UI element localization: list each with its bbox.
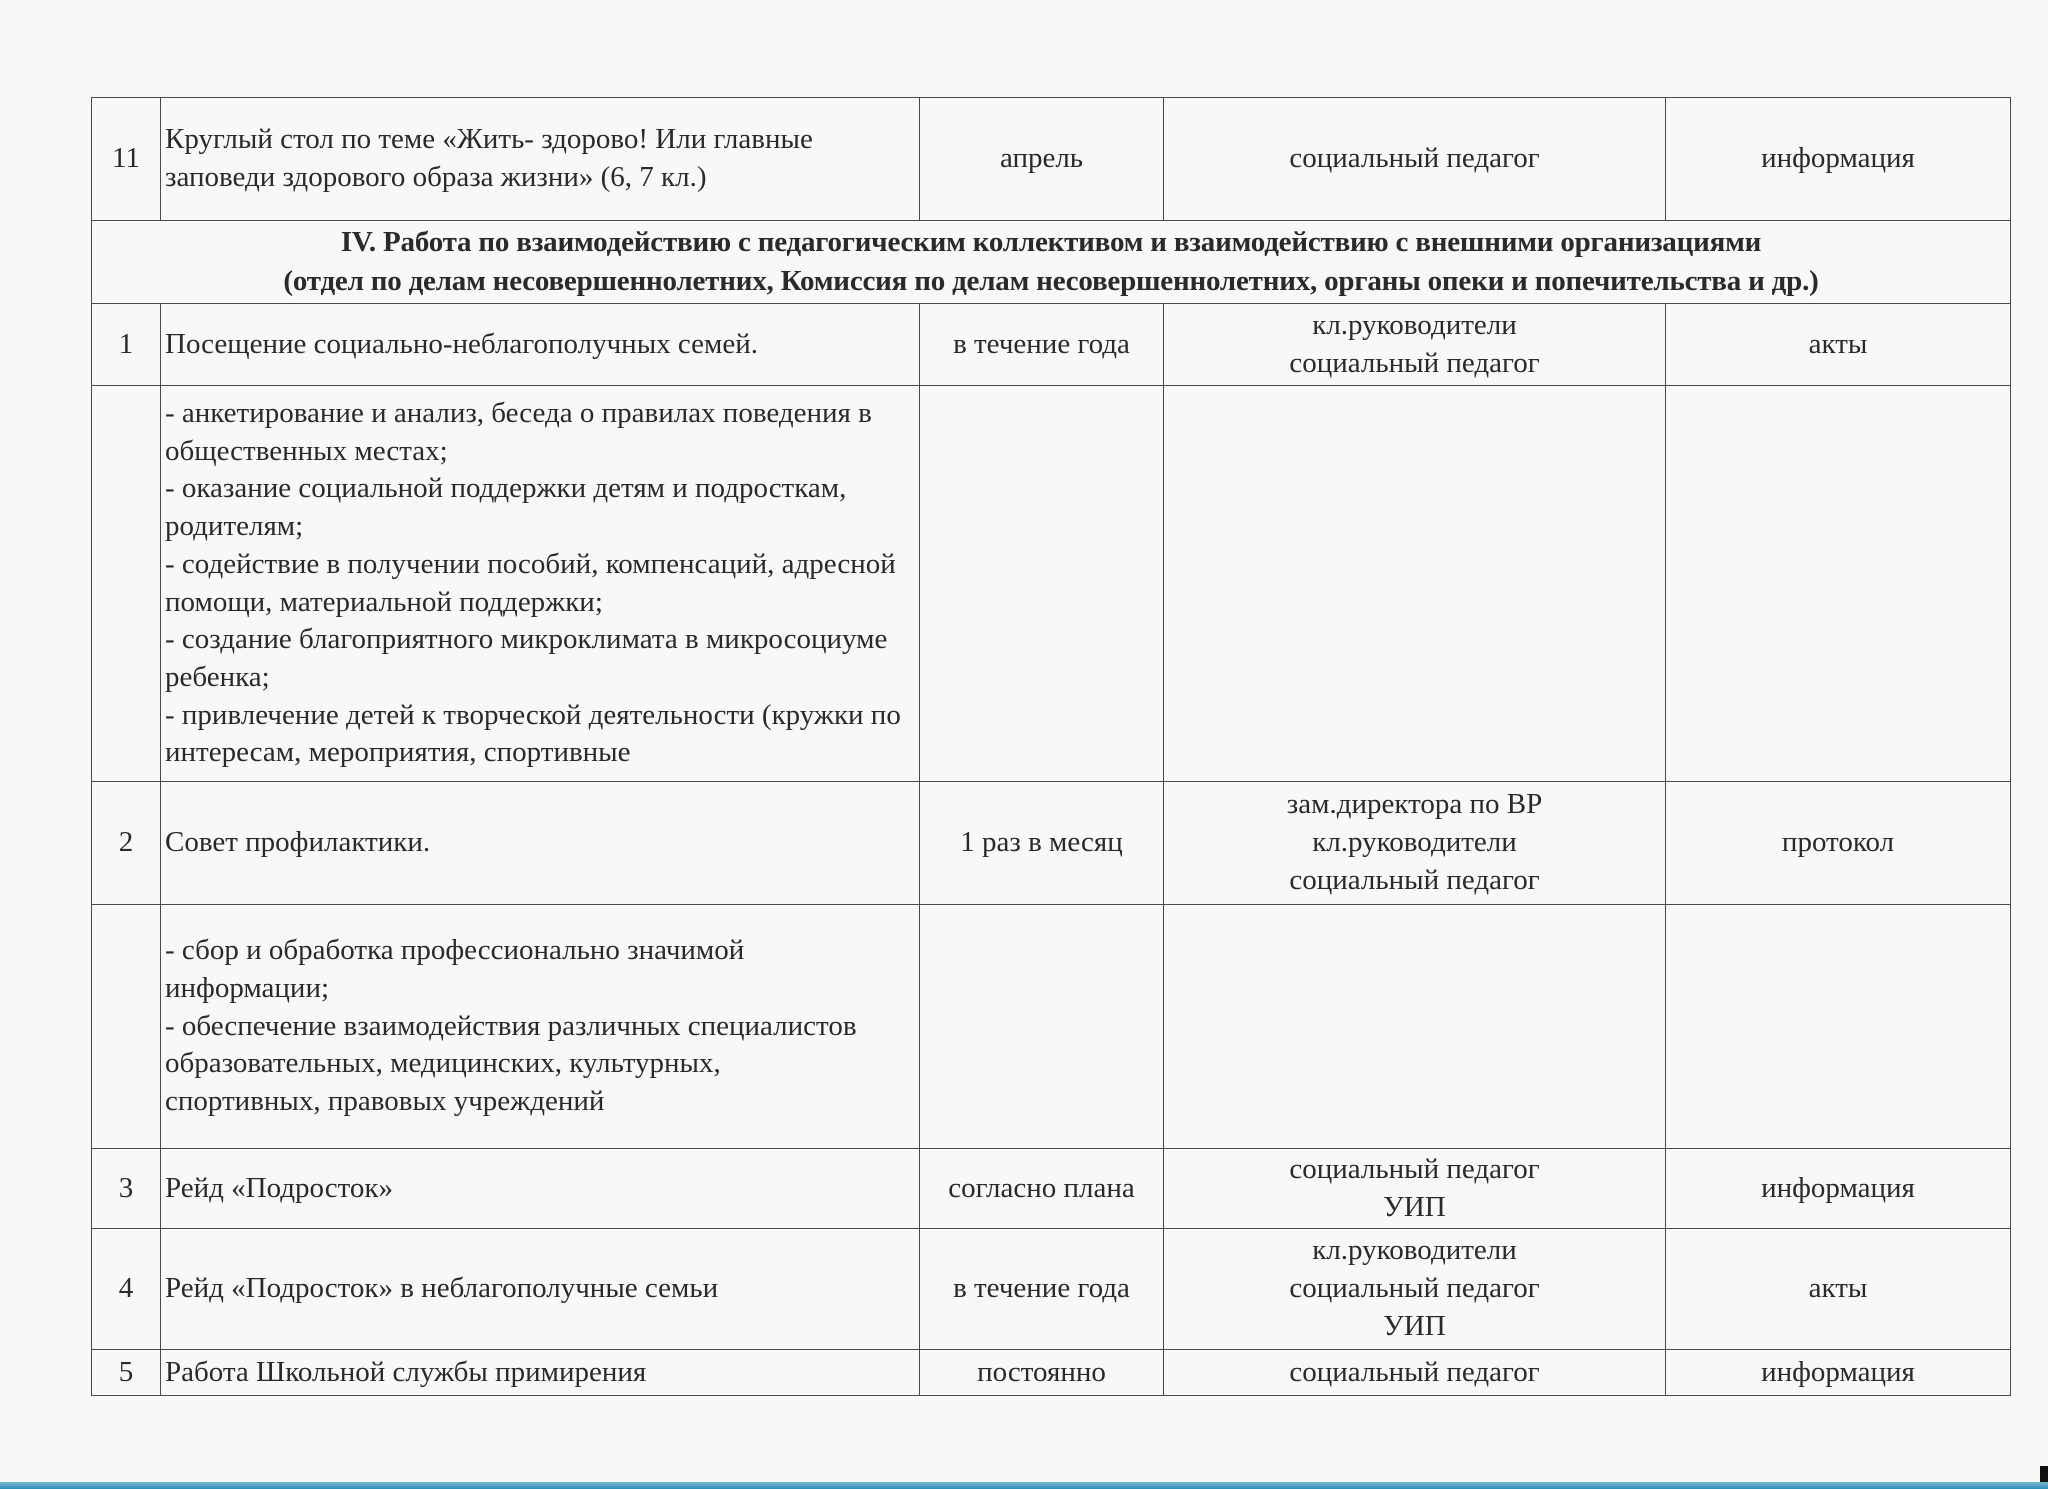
scanned-page: 11 Круглый стол по теме «Жить- здорово! … <box>0 0 2048 1489</box>
empty-cell <box>1164 386 1666 782</box>
scanner-edge-strip <box>0 1482 2048 1489</box>
empty-cell <box>92 905 161 1149</box>
result-cell: протокол <box>1666 782 2011 905</box>
result-cell: акты <box>1666 304 2011 386</box>
table-row: 3 Рейд «Подросток» согласно плана социал… <box>92 1149 2011 1229</box>
date-cell: в течение года <box>920 304 1164 386</box>
responsible-cell: зам.директора по ВР кл.руководители соци… <box>1164 782 1666 905</box>
details-cell: - анкетирование и анализ, беседа о прави… <box>161 386 920 782</box>
scan-edge-mark <box>2040 1466 2048 1483</box>
row-number: 1 <box>92 304 161 386</box>
date-cell: 1 раз в месяц <box>920 782 1164 905</box>
date-cell: в течение года <box>920 1229 1164 1350</box>
details-row: - сбор и обработка профессионально значи… <box>92 905 2011 1149</box>
section-header-row: IV. Работа по взаимодействию с педагогич… <box>92 221 2011 304</box>
section-title: IV. Работа по взаимодействию с педагогич… <box>92 221 2011 304</box>
result-cell: информация <box>1666 1350 2011 1396</box>
event-cell: Совет профилактики. <box>161 782 920 905</box>
event-cell: Работа Школьной службы примирения <box>161 1350 920 1396</box>
empty-cell <box>1666 905 2011 1149</box>
table-row: 1 Посещение социально-неблагополучных се… <box>92 304 2011 386</box>
responsible-cell: кл.руководители социальный педагог УИП <box>1164 1229 1666 1350</box>
table-row: 2 Совет профилактики. 1 раз в месяц зам.… <box>92 782 2011 905</box>
section-title-line-2: (отдел по делам несовершеннолетних, Коми… <box>96 262 2006 301</box>
result-cell: акты <box>1666 1229 2011 1350</box>
event-cell: Рейд «Подросток» <box>161 1149 920 1229</box>
event-cell: Посещение социально-неблагополучных семе… <box>161 304 920 386</box>
responsible-cell: социальный педагог <box>1164 98 1666 221</box>
date-cell: постоянно <box>920 1350 1164 1396</box>
plan-table: 11 Круглый стол по теме «Жить- здорово! … <box>91 97 2011 1396</box>
responsible-cell: социальный педагог УИП <box>1164 1149 1666 1229</box>
empty-cell <box>920 386 1164 782</box>
date-cell: апрель <box>920 98 1164 221</box>
table-row: 4 Рейд «Подросток» в неблагополучные сем… <box>92 1229 2011 1350</box>
empty-cell <box>1164 905 1666 1149</box>
event-cell: Рейд «Подросток» в неблагополучные семьи <box>161 1229 920 1350</box>
table-row: 11 Круглый стол по теме «Жить- здорово! … <box>92 98 2011 221</box>
event-cell: Круглый стол по теме «Жить- здорово! Или… <box>161 98 920 221</box>
row-number: 3 <box>92 1149 161 1229</box>
row-number: 11 <box>92 98 161 221</box>
table-row: 5 Работа Школьной службы примирения пост… <box>92 1350 2011 1396</box>
empty-cell <box>92 386 161 782</box>
responsible-cell: социальный педагог <box>1164 1350 1666 1396</box>
result-cell: информация <box>1666 1149 2011 1229</box>
row-number: 4 <box>92 1229 161 1350</box>
details-cell: - сбор и обработка профессионально значи… <box>161 905 920 1149</box>
date-cell: согласно плана <box>920 1149 1164 1229</box>
row-number: 5 <box>92 1350 161 1396</box>
empty-cell <box>920 905 1164 1149</box>
details-row: - анкетирование и анализ, беседа о прави… <box>92 386 2011 782</box>
empty-cell <box>1666 386 2011 782</box>
section-title-line-1: IV. Работа по взаимодействию с педагогич… <box>96 223 2006 262</box>
result-cell: информация <box>1666 98 2011 221</box>
row-number: 2 <box>92 782 161 905</box>
responsible-cell: кл.руководители социальный педагог <box>1164 304 1666 386</box>
